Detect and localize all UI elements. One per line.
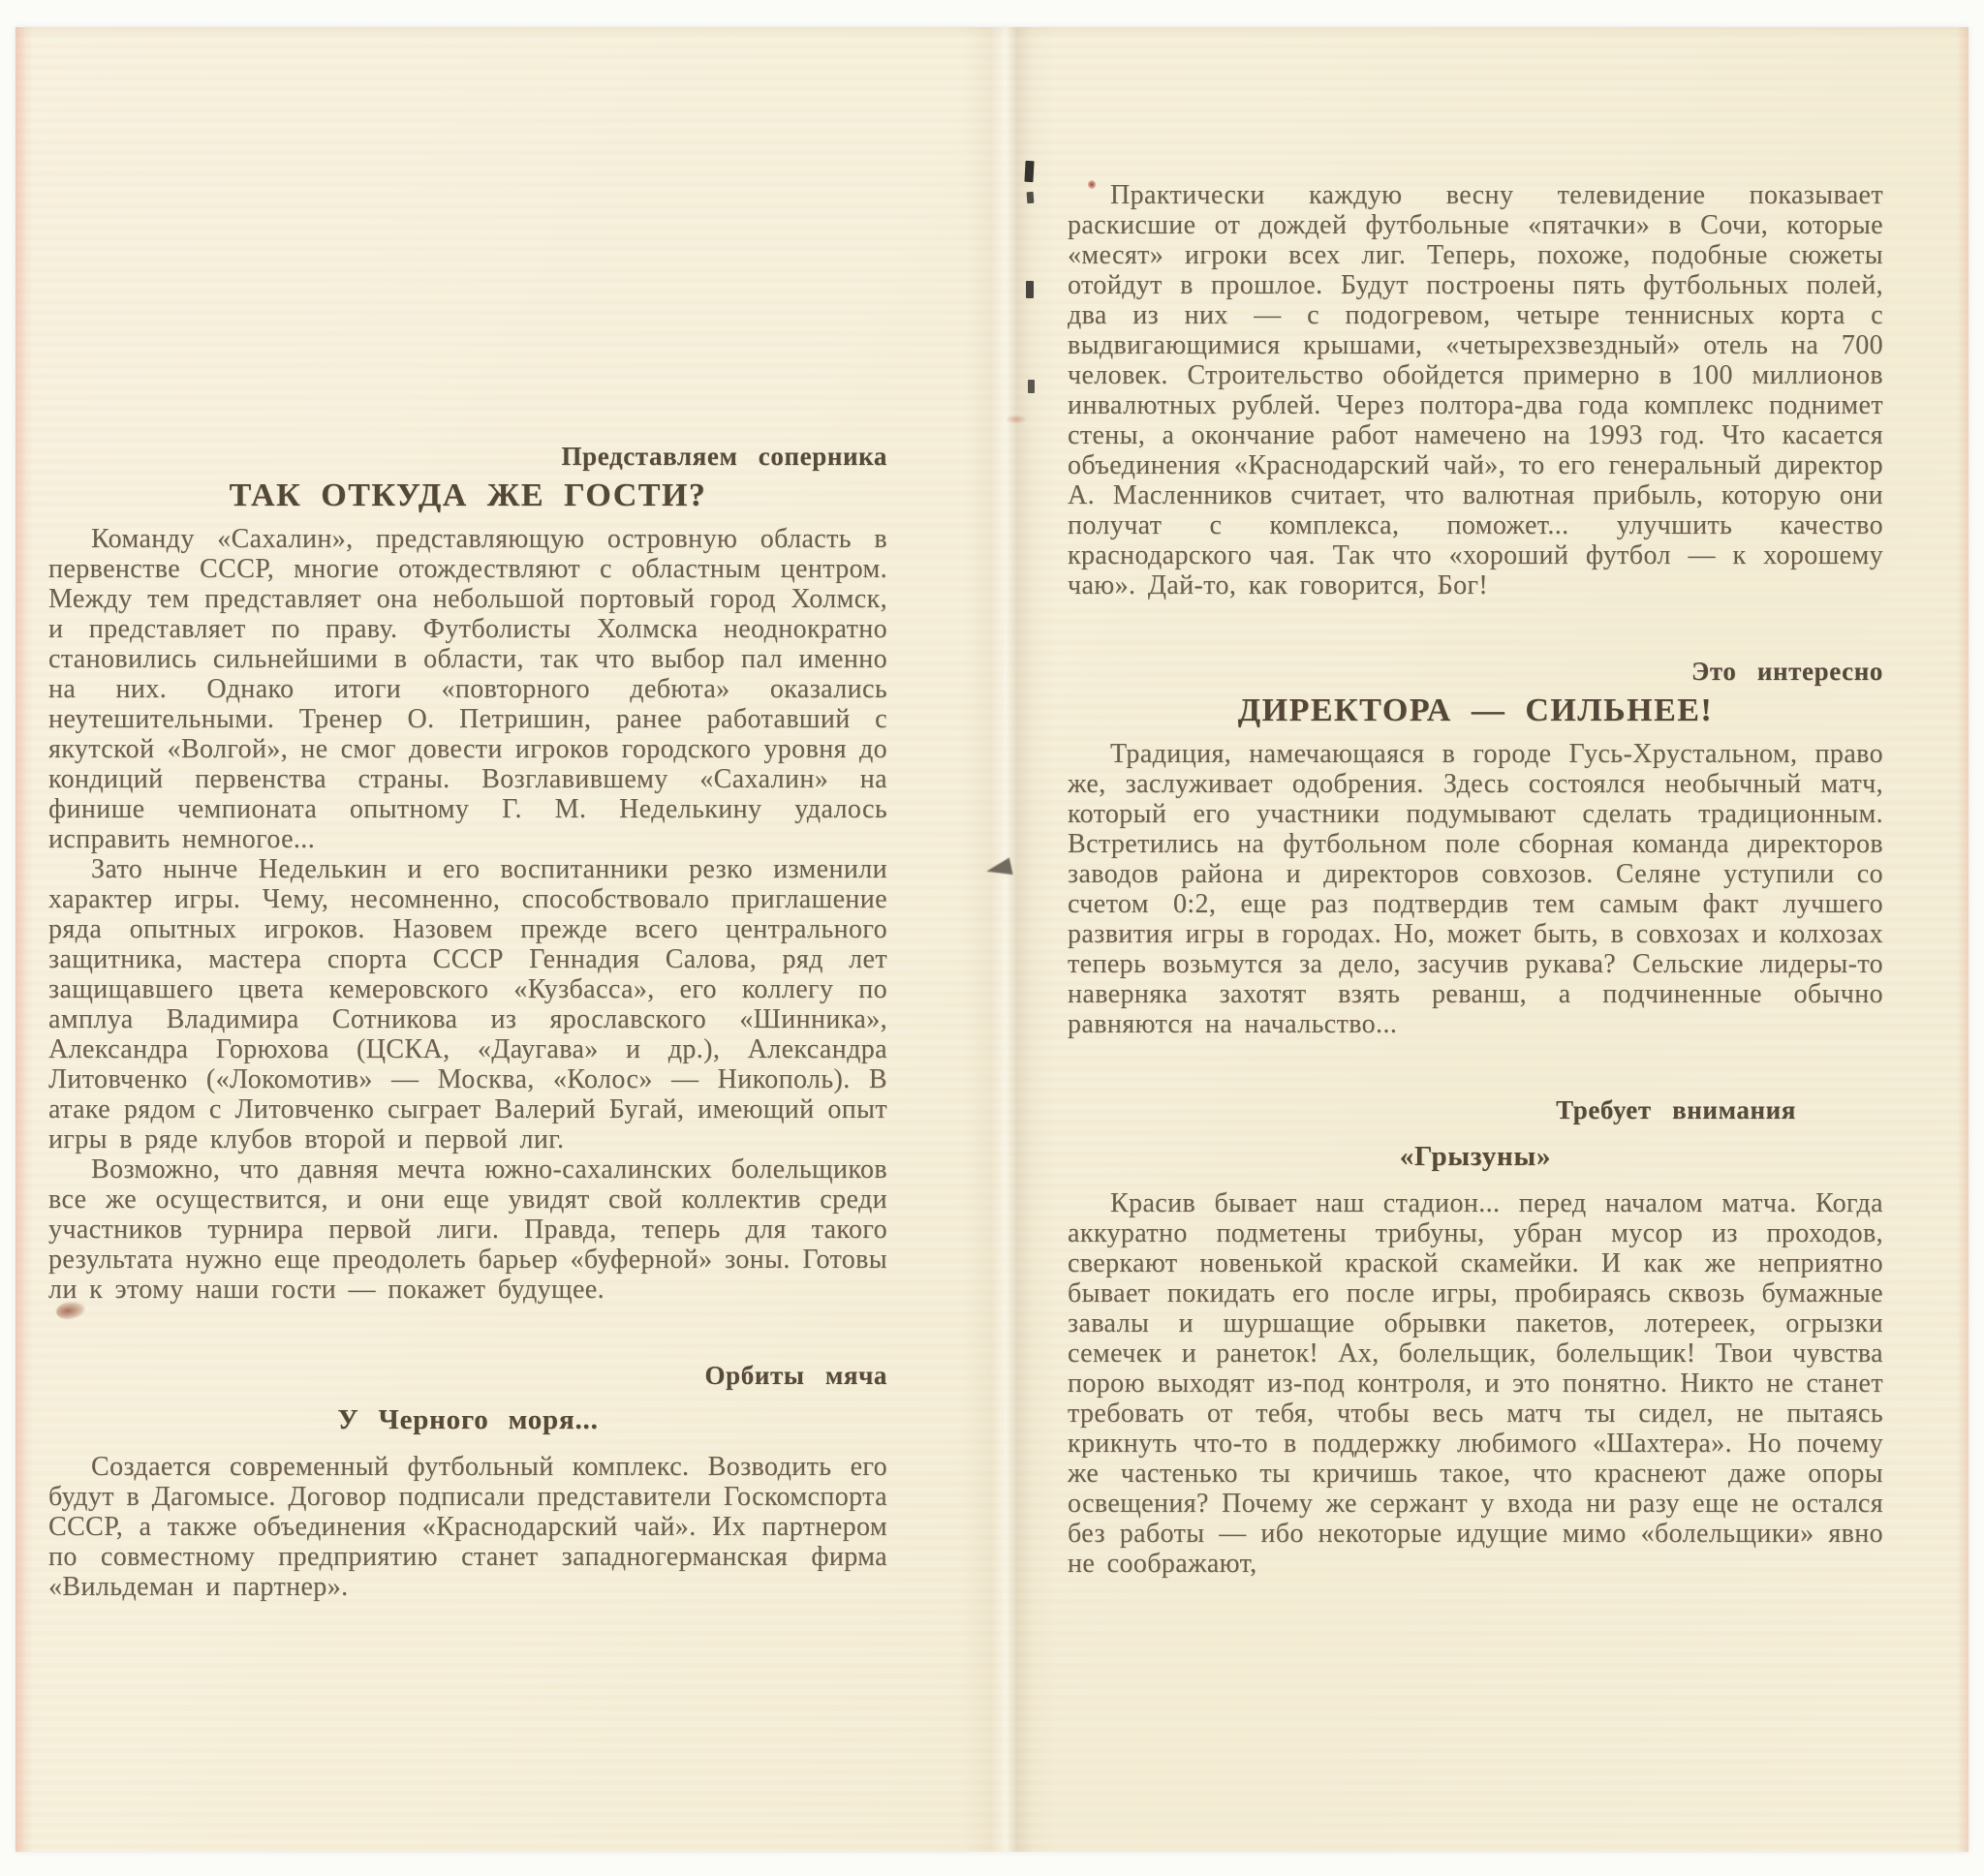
right-page: Практически каждую весну телевидение пок… (1068, 180, 1883, 1579)
scan-ink-tick (1027, 192, 1035, 203)
rubric-kicker: Требует внимания (1068, 1095, 1883, 1125)
scan-smudge-rose (1006, 415, 1027, 424)
rubric-kicker: Орбиты мяча (48, 1361, 887, 1391)
article-subtitle: «Грызуны» (1068, 1141, 1883, 1173)
center-fold-crease (963, 27, 1056, 1852)
article-paragraph: Зато нынче Неделькин и его воспитанники … (48, 854, 887, 1154)
article-paragraph: Красив бывает наш стадион... перед начал… (1068, 1188, 1883, 1579)
article-title: ТАК ОТКУДА ЖЕ ГОСТИ? (48, 477, 887, 514)
rubric-kicker: Представляем соперника (48, 442, 887, 472)
scan-ink-tick (1024, 161, 1034, 182)
scan-ink-tick (1026, 281, 1034, 298)
article-paragraph: Команду «Сахалин», представляющую остров… (48, 524, 887, 854)
scan-ink-tick (1028, 380, 1035, 393)
article-paragraph: Практически каждую весну телевидение пок… (1068, 180, 1883, 600)
article-title: ДИРЕКТОРА — СИЛЬНЕЕ! (1068, 692, 1883, 729)
scan-background: { "document_type": "scanned football pro… (0, 0, 1984, 1876)
paper-edge-tint-left (15, 27, 33, 1852)
article-paragraph: Возможно, что давняя мечта южно-сахалинс… (48, 1154, 887, 1305)
rubric-kicker: Это интересно (1068, 657, 1883, 687)
article-paragraph: Традиция, намечающаяся в городе Гусь-Хру… (1068, 739, 1883, 1039)
booklet-spread: Представляем соперника ТАК ОТКУДА ЖЕ ГОС… (15, 27, 1968, 1852)
paper-edge-tint-right (1957, 27, 1968, 1852)
article-subtitle: У Черного моря... (48, 1404, 887, 1436)
article-paragraph: Создается современный футбольный комплек… (48, 1452, 887, 1602)
left-page: Представляем соперника ТАК ОТКУДА ЖЕ ГОС… (48, 442, 887, 1602)
